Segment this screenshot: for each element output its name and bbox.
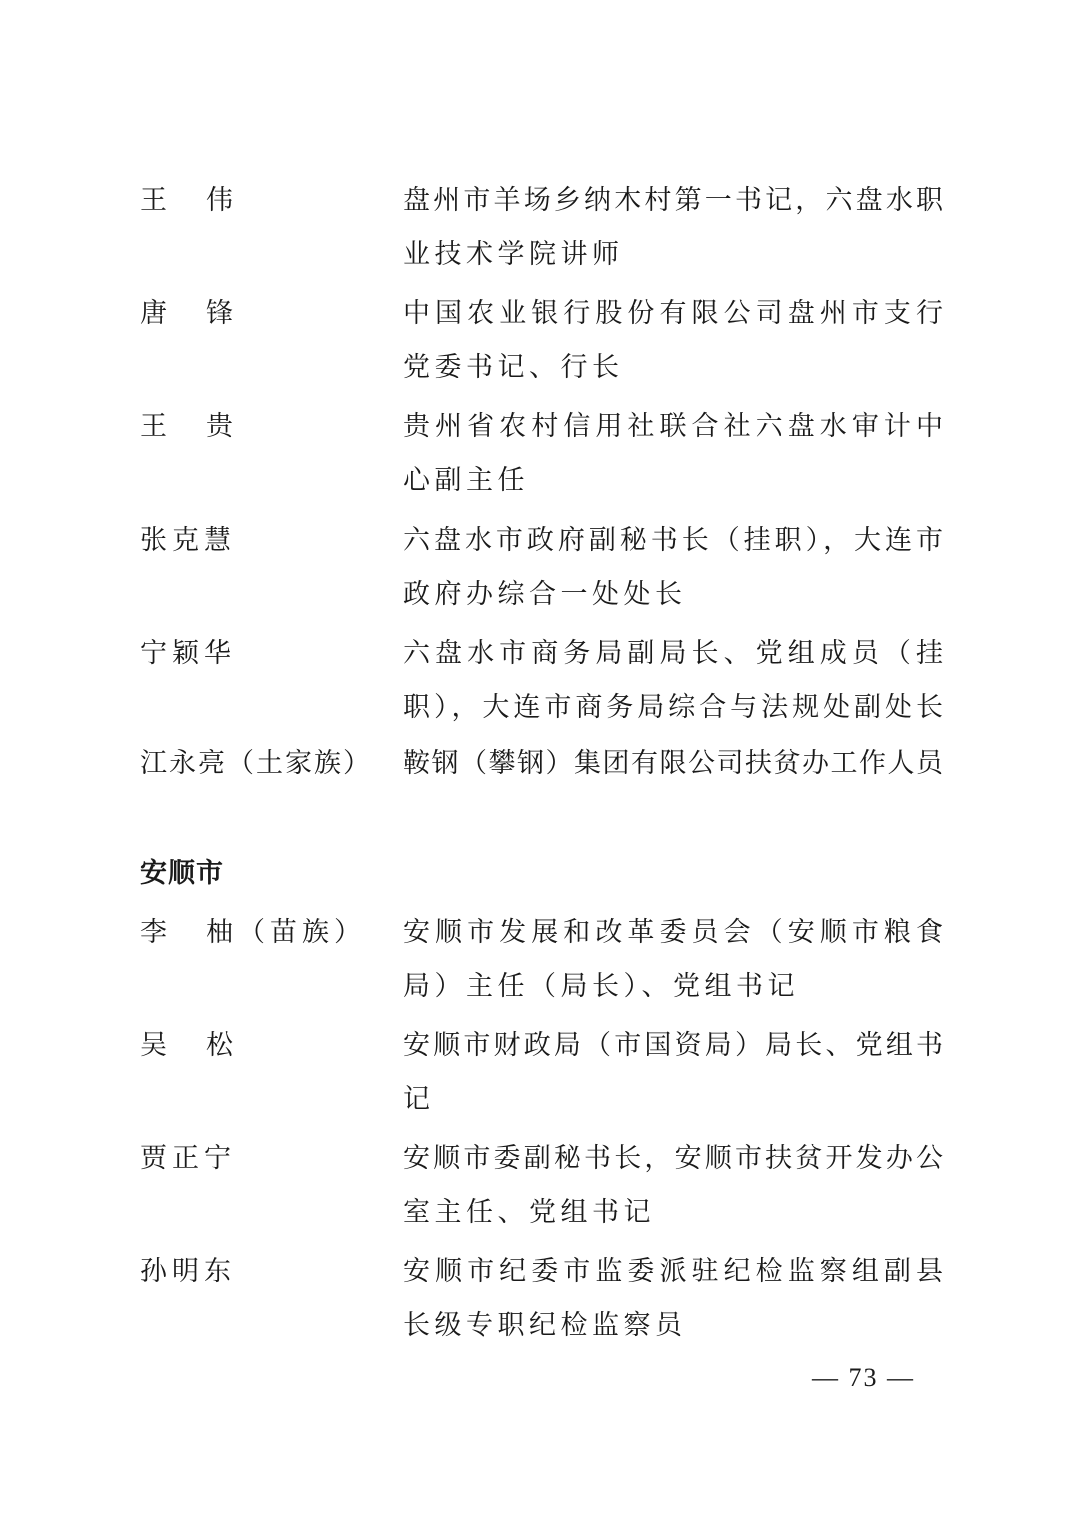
person-name: 宁颖华 [140, 627, 400, 681]
title-line: 中国农业银行股份有限公司盘州市支行 [403, 287, 943, 341]
title-line: 政府办综合一处处长 [403, 568, 943, 622]
document-page: 王伟 盘州市羊场乡纳木村第一书记，六盘水职 业技术学院讲师 唐锋 中国农业银行股… [0, 0, 1080, 1527]
person-name: 王伟 [140, 174, 400, 228]
title-line: 鞍钢（攀钢）集团有限公司扶贫办工作人员 [403, 737, 943, 791]
title-line: 业技术学院讲师 [403, 228, 943, 282]
person-title: 中国农业银行股份有限公司盘州市支行 党委书记、行长 [403, 287, 943, 395]
title-line: 贵州省农村信用社联合社六盘水审计中 [403, 400, 943, 454]
given-name: 松 [206, 1030, 238, 1061]
surname: 吴 [140, 1030, 172, 1061]
title-line: 六盘水市商务局副局长、党组成员（挂 [403, 627, 943, 681]
given-name: 贵 [206, 411, 238, 442]
person-name: 王贵 [140, 400, 400, 454]
person-title: 鞍钢（攀钢）集团有限公司扶贫办工作人员 [403, 737, 943, 791]
person-name: 江永亮（土家族） [140, 737, 400, 791]
given-name: 柚（苗族） [206, 917, 366, 948]
person-name: 张克慧 [140, 514, 400, 568]
title-line: 职），大连市商务局综合与法规处副处长 [403, 681, 943, 735]
surname: 唐 [140, 298, 172, 329]
surname: 王 [140, 185, 172, 216]
person-name: 唐锋 [140, 287, 400, 341]
person-name: 孙明东 [140, 1245, 400, 1299]
person-name: 李柚（苗族） [140, 906, 400, 960]
title-line: 盘州市羊场乡纳木村第一书记，六盘水职 [403, 174, 943, 228]
title-line: 记 [403, 1073, 943, 1127]
title-line: 安顺市财政局（市国资局）局长、党组书 [403, 1019, 943, 1073]
person-title: 六盘水市商务局副局长、党组成员（挂 职），大连市商务局综合与法规处副处长 [403, 627, 943, 735]
surname: 王 [140, 411, 172, 442]
person-title: 安顺市纪委市监委派驻纪检监察组副县 长级专职纪检监察员 [403, 1245, 943, 1353]
title-line: 室主任、党组书记 [403, 1186, 943, 1240]
section-title: 安顺市 [140, 854, 224, 894]
title-line: 长级专职纪检监察员 [403, 1299, 943, 1353]
title-line: 安顺市委副秘书长，安顺市扶贫开发办公 [403, 1132, 943, 1186]
person-title: 安顺市发展和改革委员会（安顺市粮食 局）主任（局长）、党组书记 [403, 906, 943, 1014]
person-title: 安顺市财政局（市国资局）局长、党组书 记 [403, 1019, 943, 1127]
person-name: 吴松 [140, 1019, 400, 1073]
person-name: 贾正宁 [140, 1132, 400, 1186]
title-line: 六盘水市政府副秘书长（挂职），大连市 [403, 514, 943, 568]
given-name: 锋 [206, 298, 238, 329]
given-name: 伟 [206, 185, 238, 216]
title-line: 心副主任 [403, 454, 943, 508]
title-line: 安顺市发展和改革委员会（安顺市粮食 [403, 906, 943, 960]
person-title: 六盘水市政府副秘书长（挂职），大连市 政府办综合一处处长 [403, 514, 943, 622]
title-line: 局）主任（局长）、党组书记 [403, 960, 943, 1014]
person-title: 安顺市委副秘书长，安顺市扶贫开发办公 室主任、党组书记 [403, 1132, 943, 1240]
person-title: 贵州省农村信用社联合社六盘水审计中 心副主任 [403, 400, 943, 508]
title-line: 党委书记、行长 [403, 341, 943, 395]
person-title: 盘州市羊场乡纳木村第一书记，六盘水职 业技术学院讲师 [403, 174, 943, 282]
page-number: — 73 — [812, 1358, 915, 1398]
surname: 李 [140, 917, 172, 948]
title-line: 安顺市纪委市监委派驻纪检监察组副县 [403, 1245, 943, 1299]
